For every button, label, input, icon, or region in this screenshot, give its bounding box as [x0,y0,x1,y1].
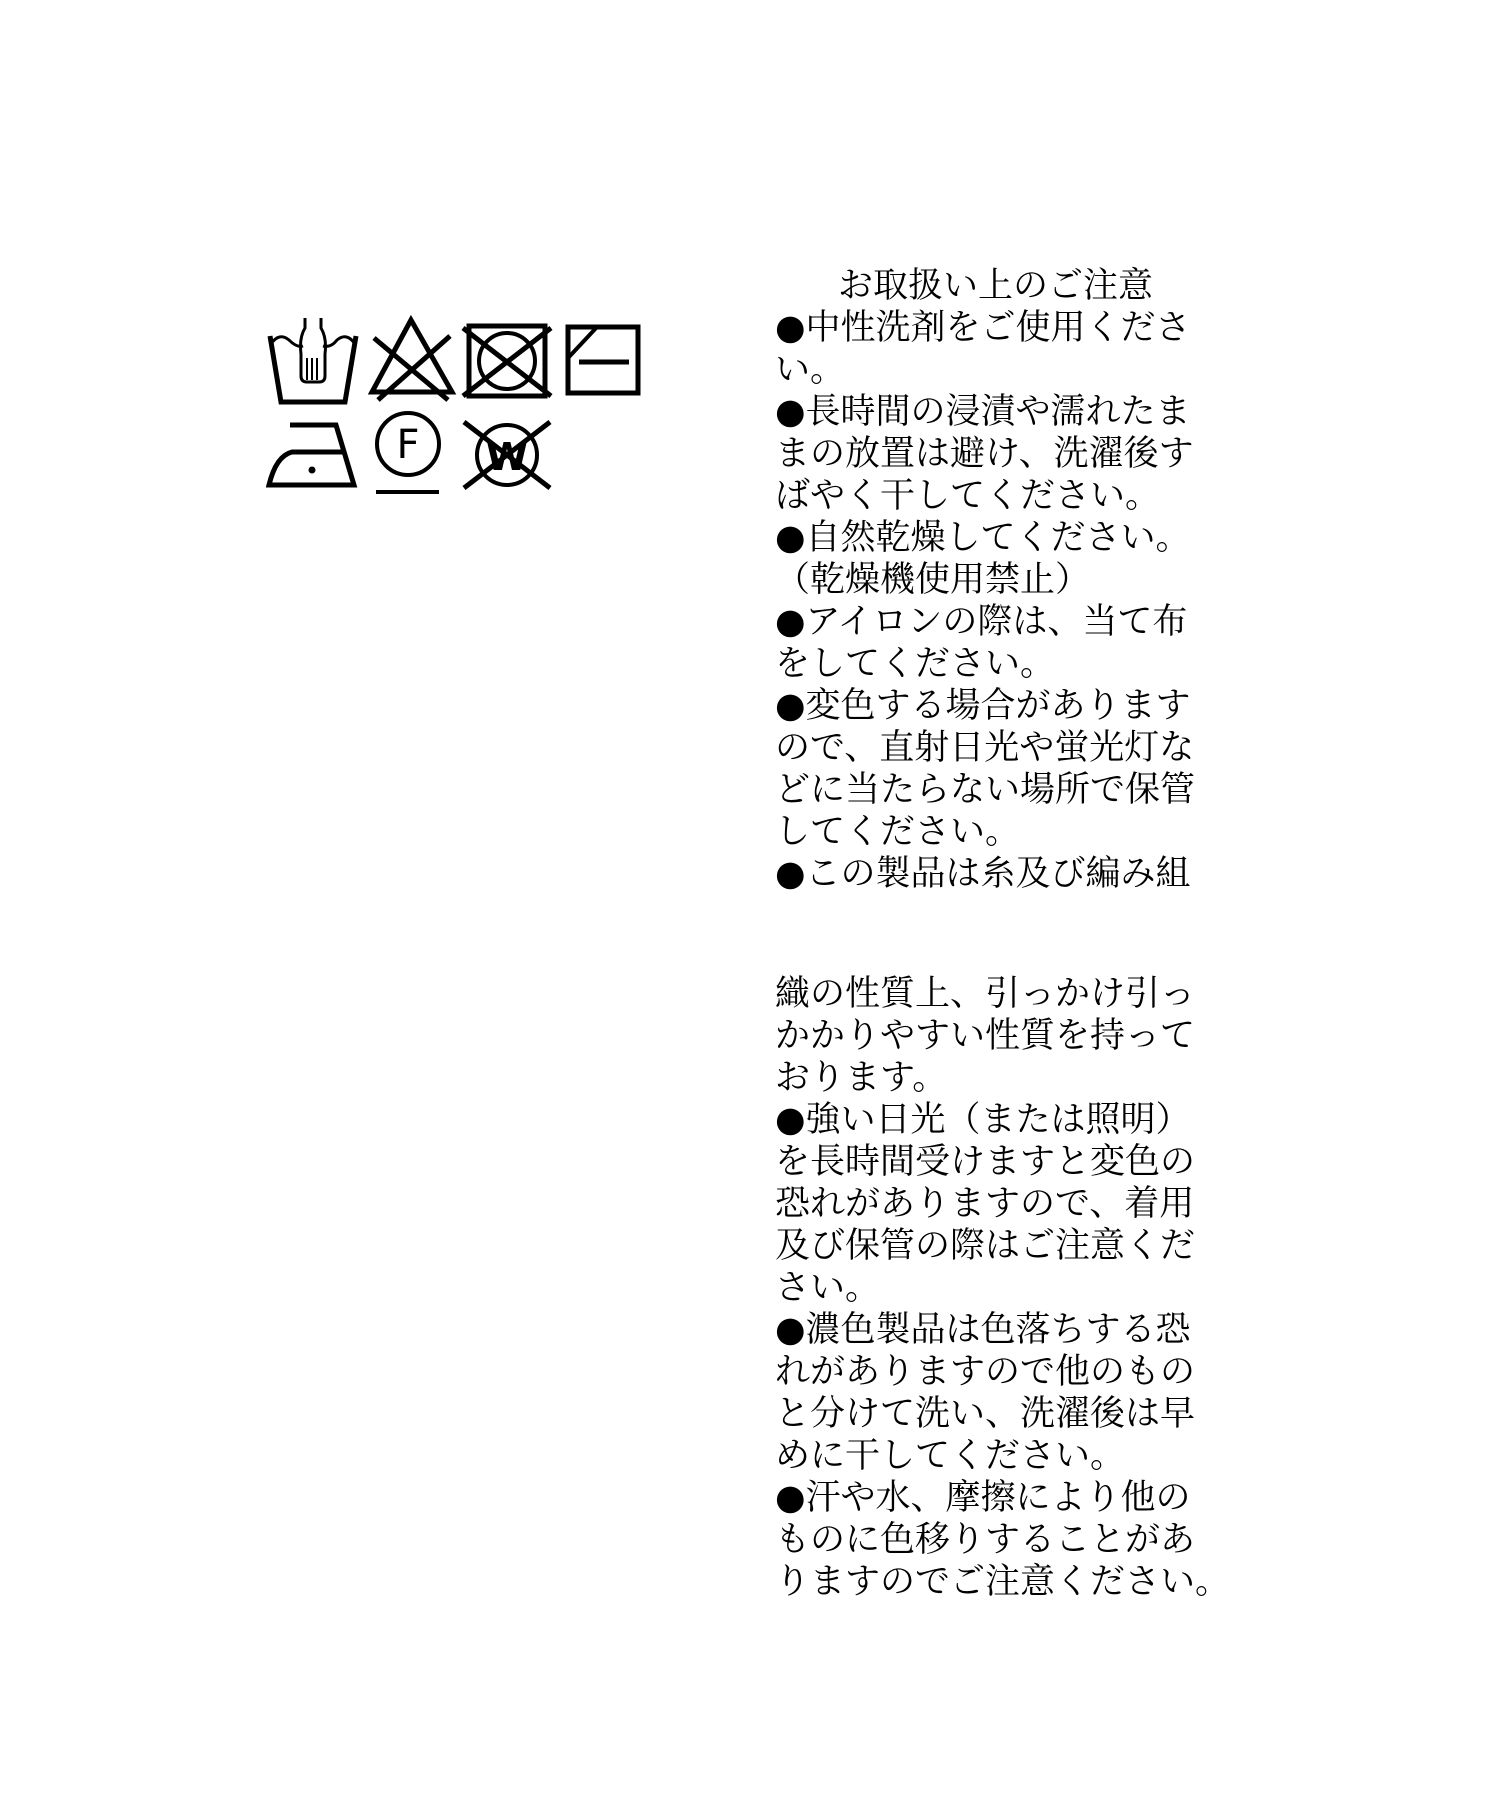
notes-line: りますのでご注意ください。 [775,1561,1245,1603]
notes-line: ●濃色製品は色落ちする恐 [775,1309,1245,1351]
no-wet-clean-icon: W [460,418,554,492]
notes-line: おります。 [775,1057,1245,1099]
line-dry-shade-icon [565,324,641,396]
notes-line: どに当たらない場所で保管 [775,769,1245,811]
no-bleach-icon [368,316,458,402]
care-notes-block-2: 織の性質上、引っかけ引っ かかりやすい性質を持って おります。 ●強い日光（また… [775,973,1245,1603]
hand-wash-icon [267,318,359,404]
care-notes-block-1: お取扱い上のご注意 ●中性洗剤をご使用くださ い。 ●長時間の浸漬や濡れたま ま… [775,265,1245,895]
notes-line: ●汗や水、摩擦により他の [775,1477,1245,1519]
notes-line: ●強い日光（または照明） [775,1099,1245,1141]
notes-title: お取扱い上のご注意 [775,265,1245,307]
notes-line: れがありますので他のもの [775,1351,1245,1393]
notes-line: を長時間受けますと変色の [775,1141,1245,1183]
notes-line: ●中性洗剤をご使用くださ [775,307,1245,349]
notes-line: 織の性質上、引っかけ引っ [775,973,1245,1015]
dry-clean-f-icon: F [373,410,445,496]
notes-line: ●長時間の浸漬や濡れたま [775,391,1245,433]
iron-low-icon [266,422,358,488]
notes-line: ●アイロンの際は、当て布 [775,601,1245,643]
dry-clean-letter: F [396,422,419,468]
notes-line: かかりやすい性質を持って [775,1015,1245,1057]
notes-line: 及び保管の際はご注意くだ [775,1225,1245,1267]
notes-line: ●変色する場合があります [775,685,1245,727]
notes-line: をしてください。 [775,643,1245,685]
notes-line: （乾燥機使用禁止） [775,559,1245,601]
notes-line: ●自然乾燥してください。 [775,517,1245,559]
notes-line: ものに色移りすることがあ [775,1519,1245,1561]
notes-line: してください。 [775,811,1245,853]
notes-line: まの放置は避け、洗濯後す [775,433,1245,475]
notes-line: い。 [775,349,1245,391]
notes-line: さい。 [775,1267,1245,1309]
notes-line: ばやく干してください。 [775,475,1245,517]
notes-line: と分けて洗い、洗濯後は早 [775,1393,1245,1435]
no-tumble-dry-icon [461,324,553,400]
notes-line: めに干してください。 [775,1435,1245,1477]
notes-line: ので、直射日光や蛍光灯な [775,727,1245,769]
care-symbols: F W [262,312,652,502]
notes-line: 恐れがありますので、着用 [775,1183,1245,1225]
notes-line: ●この製品は糸及び編み組 [775,853,1245,895]
